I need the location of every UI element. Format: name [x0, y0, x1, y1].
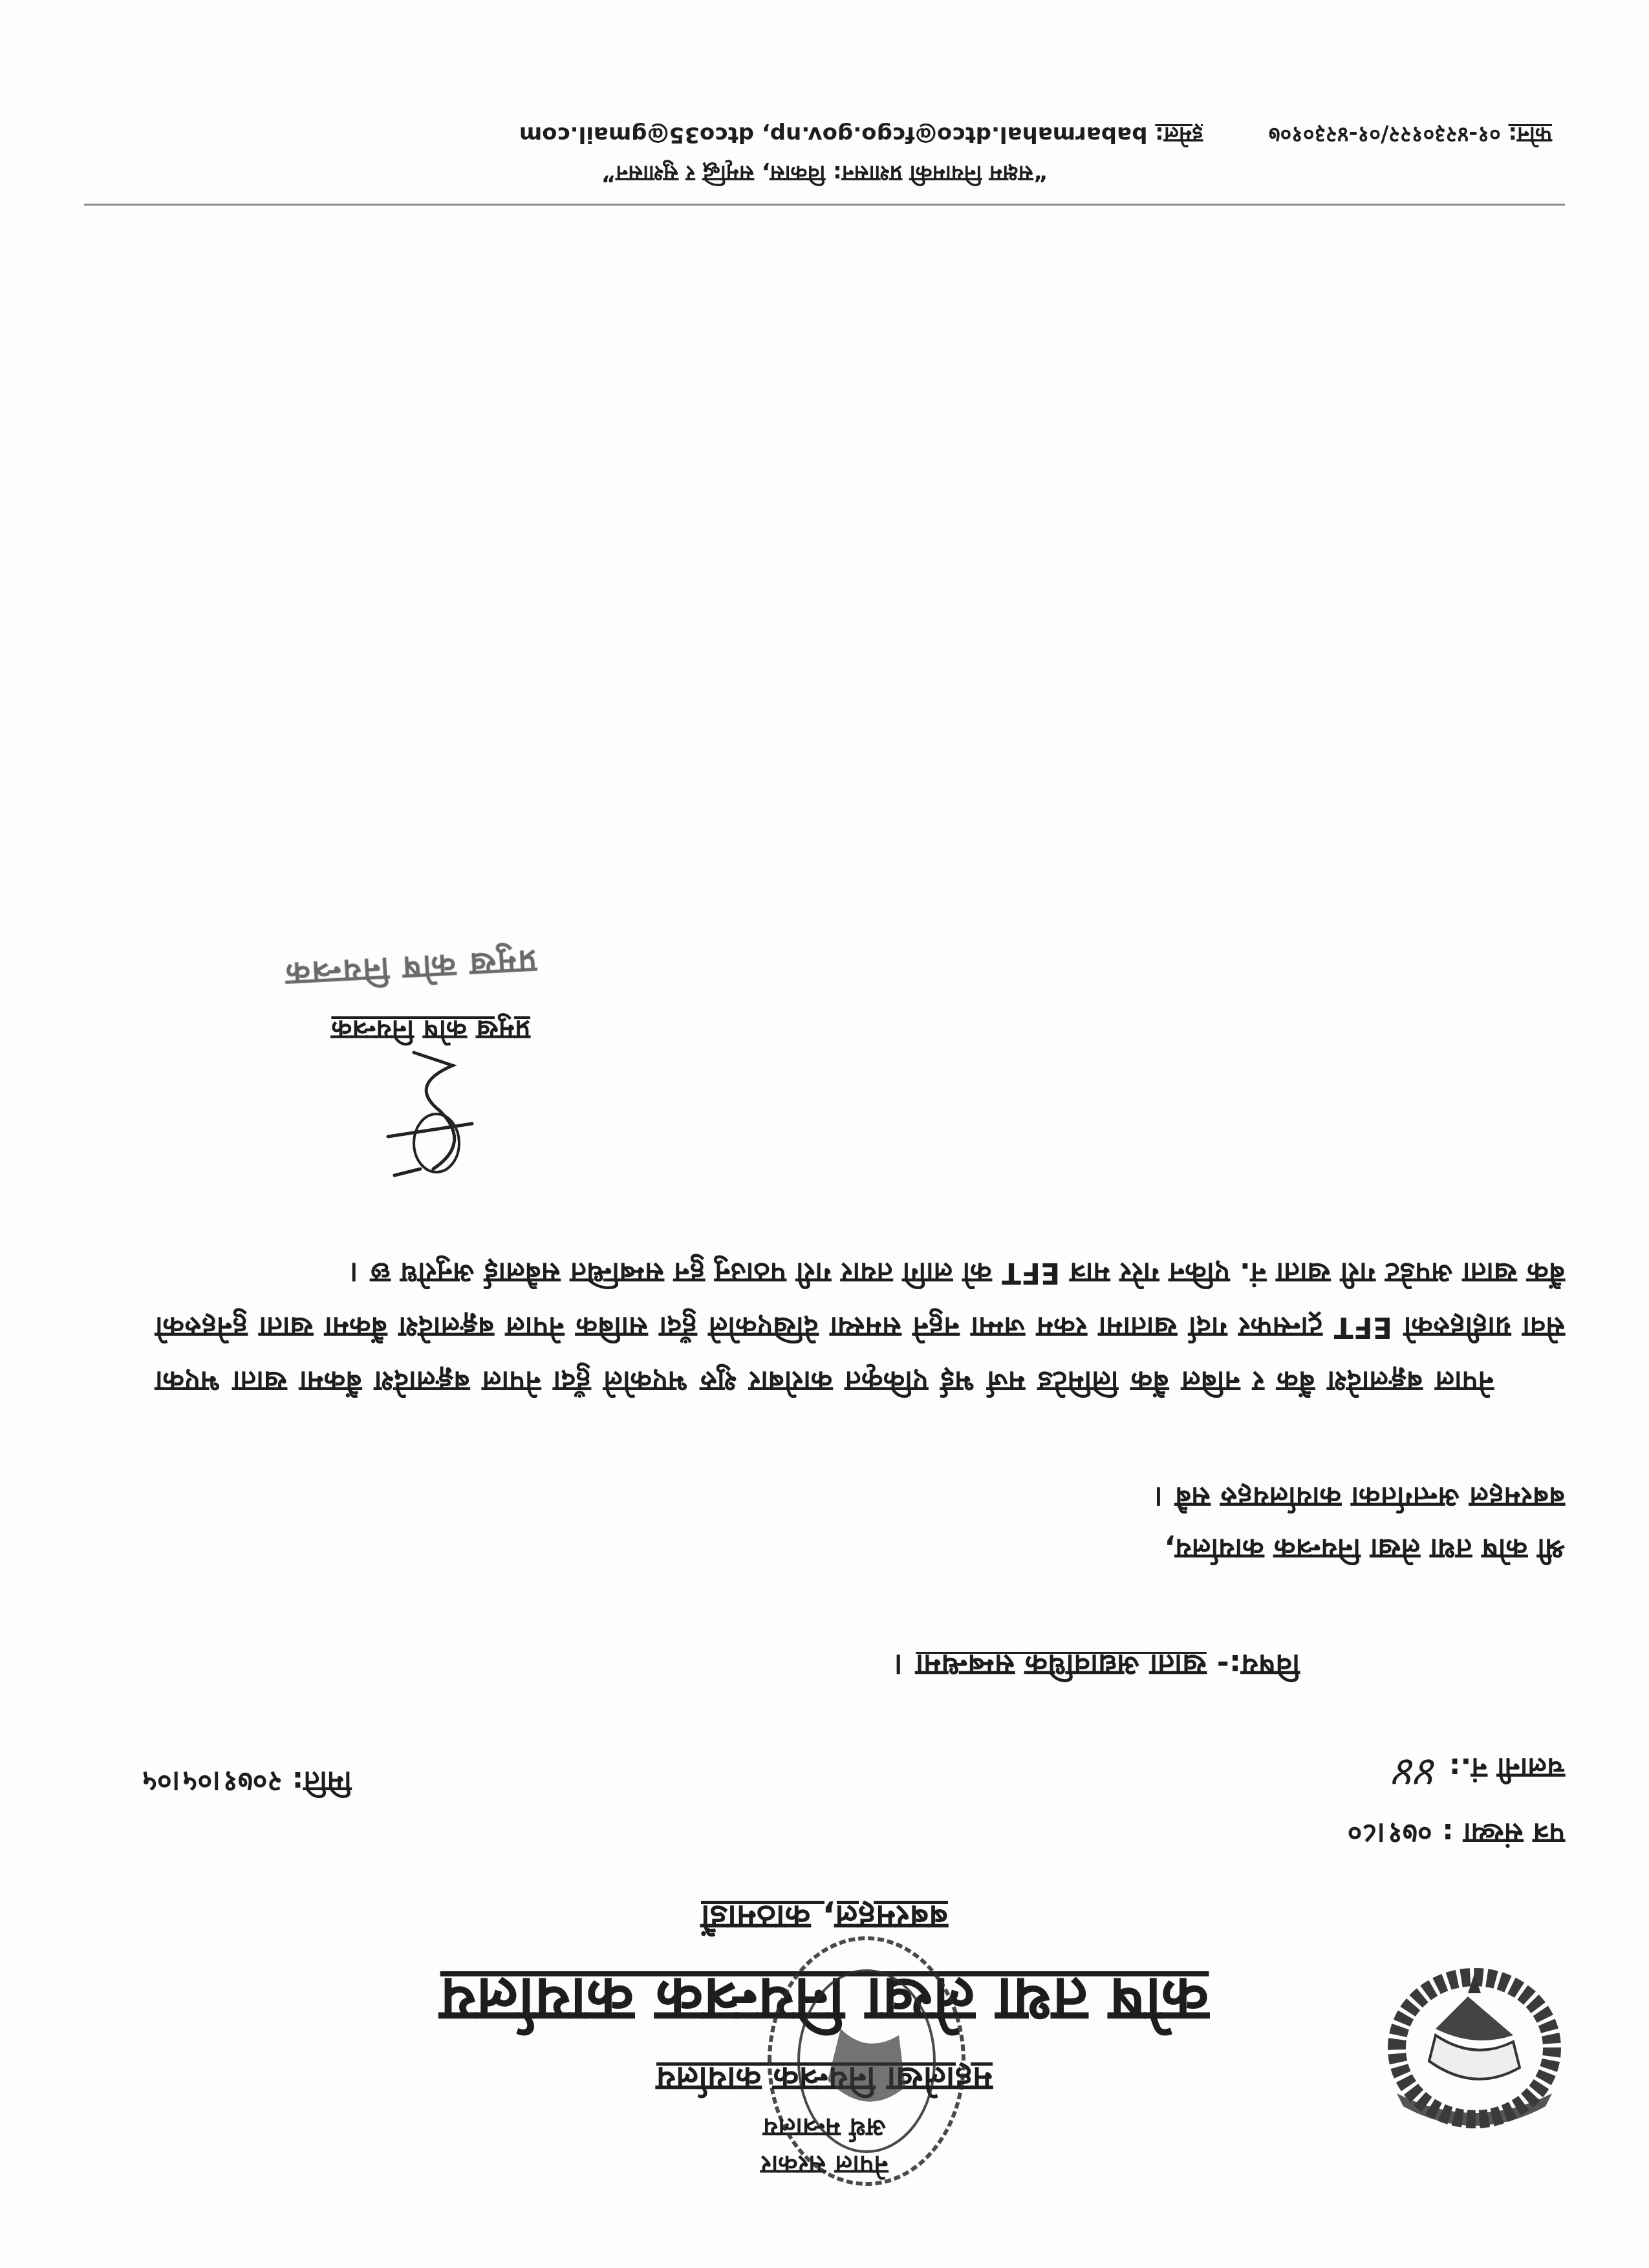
- signatory-stamp: प्रमुख कोष नियन्त्रक: [283, 941, 537, 998]
- letter-page: नेपाल सरकार अर्थ मन्त्रालय महालेखा नियन्…: [0, 0, 1649, 2268]
- footer-slogan: “सक्षम नियामकी प्रशासन: विकास, समृद्धि र…: [0, 160, 1649, 189]
- footer-contact: फोन: ०१-४२३०१२२/०१-४२३०१०७ इमेल: babarma…: [519, 121, 1552, 151]
- dispatch-number-label: चलानी नं.:: [1449, 1751, 1565, 1784]
- signatory-title: प्रमुख कोष नियन्त्रक: [331, 1012, 530, 1049]
- footer-divider: [84, 204, 1565, 206]
- letter-date: मिति: २०७१।०५।०५: [142, 1764, 352, 1803]
- email-value[interactable]: babarmahal.dtco@fcgo.gov.np, dtco35@gmai…: [519, 122, 1148, 147]
- letter-number-label: पत्र संख्या :: [1442, 1817, 1565, 1850]
- date-value: २०७१।०५।०५: [142, 1765, 282, 1798]
- addressee-line-1: श्री कोष तथा लेखा नियन्त्रक कार्यालय,: [1165, 1531, 1565, 1570]
- subject-line: विषय:- खाता अद्यावधिक सम्बन्धमा ।: [894, 1646, 1300, 1686]
- email-label: इमेल:: [1155, 122, 1203, 147]
- signature-icon: [369, 1040, 498, 1182]
- phone-value: ०१-४२३०१२२/०१-४२३०१०७: [1269, 122, 1501, 147]
- phone-label: फोन:: [1509, 122, 1553, 147]
- date-label: मिति:: [292, 1765, 352, 1798]
- subject-label: विषय:-: [1217, 1648, 1300, 1683]
- dispatch-number-value: ४४: [1396, 1748, 1439, 1796]
- dispatch-number: चलानी नं.: ४४: [1396, 1746, 1565, 1803]
- letter-number-value: ०७१।८०: [1348, 1817, 1432, 1850]
- subject-end: ।: [894, 1648, 905, 1683]
- subject-text: खाता अद्यावधिक सम्बन्धमा: [916, 1648, 1207, 1683]
- addressee-line-2: बबरमहल अन्तर्गतका कार्यालयहरु सबै ।: [1154, 1479, 1565, 1518]
- office-round-seal-icon: [757, 1925, 976, 2197]
- letter-body: नेपाल बङ्गलादेश बैंक र नबिल बैंक लिमिटेड…: [155, 1245, 1565, 1408]
- letter-number: पत्र संख्या : ०७१।८०: [1348, 1815, 1565, 1854]
